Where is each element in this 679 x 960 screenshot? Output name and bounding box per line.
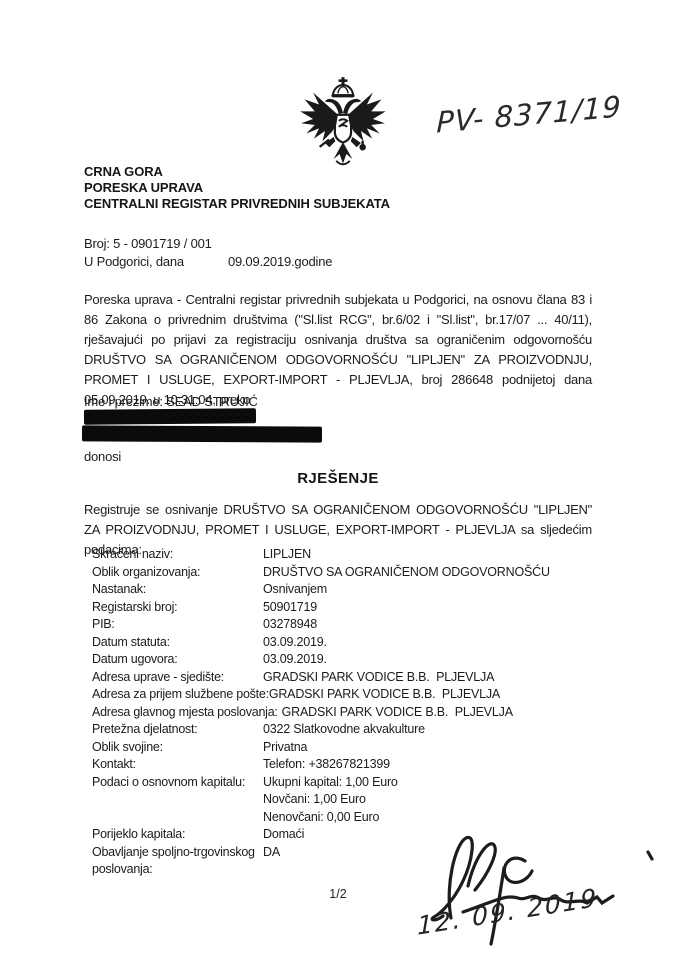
- row-label: Adresa glavnog mjesta poslovanja:: [92, 704, 278, 722]
- row-label: Datum statuta:: [92, 634, 263, 652]
- table-row: Registarski broj:50901719: [92, 599, 622, 617]
- row-value: Telefon: +38267821399: [263, 756, 622, 774]
- row-value: Ukupni kapital: 1,00 Euro Novčani: 1,00 …: [263, 774, 622, 827]
- row-label: Nastanak:: [92, 581, 263, 599]
- row-label: Podaci o osnovnom kapitalu:: [92, 774, 263, 792]
- table-row: Pretežna djelatnost:0322 Slatkovodne akv…: [92, 721, 622, 739]
- place-text: U Podgorici, dana: [84, 254, 184, 269]
- row-value: Osnivanjem: [263, 581, 622, 599]
- row-label: Pretežna djelatnost:: [92, 721, 263, 739]
- country-name: CRNA GORA: [84, 164, 390, 180]
- table-row: Adresa uprave - sjedište:GRADSKI PARK VO…: [92, 669, 622, 687]
- table-row: Oblik organizovanja:DRUŠTVO SA OGRANIČEN…: [92, 564, 622, 582]
- table-row: Adresa glavnog mjesta poslovanja:GRADSKI…: [92, 704, 622, 722]
- row-value: GRADSKI PARK VODICE B.B. PLJEVLJA: [269, 686, 622, 704]
- registry-name: CENTRALNI REGISTAR PRIVREDNIH SUBJEKATA: [84, 196, 390, 212]
- donosi-text: donosi: [84, 449, 121, 464]
- table-row: Datum statuta:03.09.2019.: [92, 634, 622, 652]
- row-label: Adresa uprave - sjedište:: [92, 669, 263, 687]
- row-value: 50901719: [263, 599, 622, 617]
- row-value: LIPLJEN: [263, 546, 622, 564]
- row-label: Kontakt:: [92, 756, 263, 774]
- institution-header: CRNA GORA PORESKA UPRAVA CENTRALNI REGIS…: [84, 164, 390, 212]
- row-value: Privatna: [263, 739, 622, 757]
- decision-title: RJEŠENJE: [84, 470, 592, 487]
- handwritten-reference-number: PV- 8371/19: [436, 86, 656, 139]
- table-row: Oblik svojine:Privatna: [92, 739, 622, 757]
- row-label: Adresa za prijem službene pošte:: [92, 686, 269, 704]
- table-row: PIB:03278948: [92, 616, 622, 634]
- row-label: Obavljanje spoljno-trgovinskog poslovanj…: [92, 844, 263, 879]
- table-row: Podaci o osnovnom kapitalu:Ukupni kapita…: [92, 774, 622, 827]
- table-row: Skraćeni naziv:LIPLJEN: [92, 546, 622, 564]
- row-label: Skraćeni naziv:: [92, 546, 263, 564]
- intro-paragraph: Poreska uprava - Centralni registar priv…: [84, 290, 592, 410]
- document-page: { "document": { "handwritten_ref": "PV- …: [0, 0, 679, 960]
- row-label: PIB:: [92, 616, 263, 634]
- row-label: Datum ugovora:: [92, 651, 263, 669]
- row-label: Oblik organizovanja:: [92, 564, 263, 582]
- table-row: Adresa za prijem službene pošte:GRADSKI …: [92, 686, 622, 704]
- row-value: 03.09.2019.: [263, 651, 622, 669]
- row-value: 03.09.2019.: [263, 634, 622, 652]
- row-value: GRADSKI PARK VODICE B.B. PLJEVLJA: [263, 669, 622, 687]
- montenegro-coat-of-arms-icon: [296, 76, 390, 174]
- row-value: 03278948: [263, 616, 622, 634]
- redaction-bar-2: [82, 425, 322, 442]
- place-date-line: U Podgorici, dana 09.09.2019.godine: [84, 254, 332, 269]
- table-row: Nastanak:Osnivanjem: [92, 581, 622, 599]
- issue-date: 09.09.2019.godine: [228, 254, 332, 269]
- submitter-name-line: Ime i prezime: SEAD STRUJIĆ: [84, 394, 258, 409]
- row-value: GRADSKI PARK VODICE B.B. PLJEVLJA: [282, 704, 622, 722]
- table-row: Datum ugovora:03.09.2019.: [92, 651, 622, 669]
- table-row: Kontakt:Telefon: +38267821399: [92, 756, 622, 774]
- redaction-bar-1: [84, 408, 256, 425]
- row-value: DRUŠTVO SA OGRANIČENOM ODGOVORNOŠĆU: [263, 564, 622, 582]
- case-number-line: Broj: 5 - 0901719 / 001: [84, 236, 212, 251]
- row-label: Porijeklo kapitala:: [92, 826, 263, 844]
- row-value: 0322 Slatkovodne akvakulture: [263, 721, 622, 739]
- agency-name: PORESKA UPRAVA: [84, 180, 390, 196]
- row-label: Registarski broj:: [92, 599, 263, 617]
- row-label: Oblik svojine:: [92, 739, 263, 757]
- handwritten-signature-icon: [405, 824, 660, 960]
